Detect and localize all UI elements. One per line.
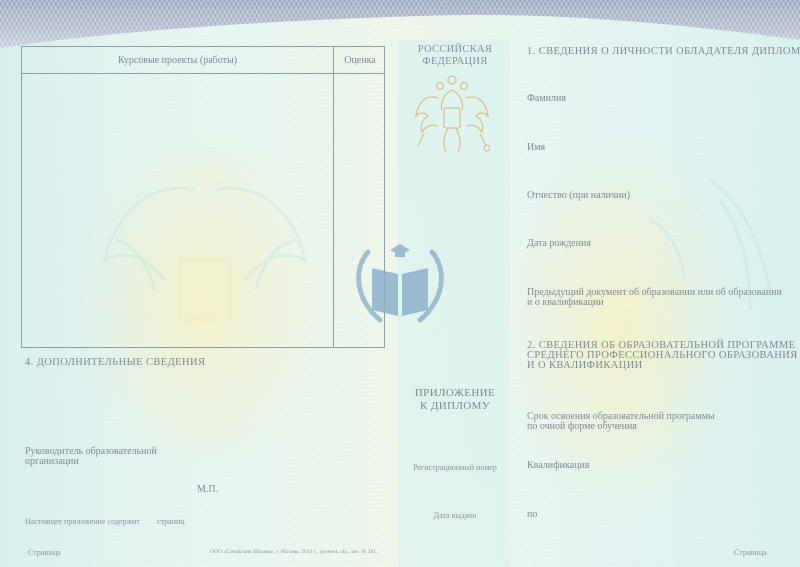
name-label: Имя [527,143,545,153]
registration-number-label: Регистрационный номер [400,463,510,472]
column-header-course-projects: Курсовые проекты (работы) [22,55,333,66]
table-header-divider [22,73,384,74]
column-header-grade: Оценка [334,55,386,66]
appendix-line2: К ДИПЛОМУ [400,400,510,413]
appendix-line1: ПРИЛОЖЕНИЕ [400,387,510,400]
head-label-line2: организации [25,457,79,467]
section4-title: 4. ДОПОЛНИТЕЛЬНЫЕ СВЕДЕНИЯ [25,357,205,368]
left-page-label: Страница [28,548,61,557]
contains-pages-suffix: страниц [157,517,185,526]
appendix-title: ПРИЛОЖЕНИЕ К ДИПЛОМУ [400,387,510,413]
qualification-label: Квалификация [527,461,589,471]
section2-line3: И О КВАЛИФИКАЦИИ [527,361,798,371]
course-projects-table: Курсовые проекты (работы) Оценка [21,46,385,348]
issue-date-label: Дата выдачи [400,511,510,520]
stamp-label: М.П. [197,485,218,495]
book-laurel-graduation-cap-icon [350,238,450,328]
printer-imprint: ООО «СпецБланк Москва», г. Москва, 2014 … [210,549,377,555]
country-line1: РОССИЙСКАЯ [400,44,510,56]
country-line2: ФЕДЕРАЦИЯ [400,56,510,68]
eagle-watermark-right-icon [610,160,800,350]
patronymic-label: Отчество (при наличии) [527,191,630,201]
study-duration-line2: по очной форме обучения [527,422,637,432]
previous-document-line2: и о квалификации [527,298,604,308]
double-headed-eagle-icon [414,72,490,156]
specialty-label: по [527,510,537,520]
country-title: РОССИЙСКАЯ ФЕДЕРАЦИЯ [400,44,510,68]
contains-pages-prefix: Настоящее приложение содержит [25,517,140,526]
table-column-divider [333,47,334,347]
diploma-appendix-spread: Курсовые проекты (работы) Оценка 4. ДОПО… [0,0,800,567]
right-page-label: Страница [734,548,767,557]
section1-title: 1. СВЕДЕНИЯ О ЛИЧНОСТИ ОБЛАДАТЕЛЯ ДИПЛОМ… [527,46,800,57]
surname-label: Фамилия [527,94,566,104]
birthdate-label: Дата рождения [527,239,591,249]
section2-title: 2. СВЕДЕНИЯ ОБ ОБРАЗОВАТЕЛЬНОЙ ПРОГРАММЕ… [527,341,798,371]
